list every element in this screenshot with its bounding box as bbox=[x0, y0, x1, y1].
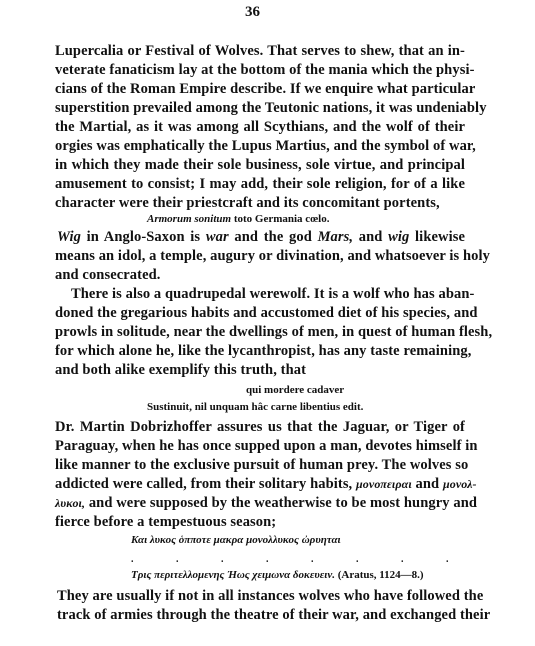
text-line: veterate fanaticism lay at the bottom of… bbox=[55, 61, 465, 80]
text-span: likewise bbox=[409, 229, 465, 245]
quote-italic: Armorum sonitum bbox=[147, 213, 231, 225]
text-line: Dr. Martin Dobrizhoffer assures us that … bbox=[55, 418, 465, 437]
text-line: track of armies through the theatre of t… bbox=[57, 606, 465, 625]
term-wig: Wig bbox=[57, 229, 81, 245]
text-line: prowls in solitude, near the dwellings o… bbox=[55, 323, 465, 342]
text-line: character were their priestcraft and its… bbox=[55, 194, 465, 213]
page-number: 36 bbox=[0, 4, 505, 21]
latin-quote-2-line-1: qui mordere cadaver bbox=[246, 383, 344, 397]
text-line: addicted were called, from their solitar… bbox=[55, 475, 465, 494]
greek-word: μονολ- bbox=[443, 477, 477, 491]
term-war: war bbox=[206, 229, 229, 245]
text-line: cians of the Roman Empire describe. If w… bbox=[55, 80, 465, 99]
text-line: and both alike exemplify this truth, tha… bbox=[55, 361, 465, 380]
text-line: amusement to consist; I may add, their s… bbox=[55, 175, 465, 194]
text-span: and the god bbox=[229, 229, 318, 245]
text-line: They are usually if not in all instances… bbox=[57, 587, 465, 606]
latin-quote-2-line-2: Sustinuit, nil unquam hâc carne libentiu… bbox=[147, 400, 363, 414]
latin-quote-1: Armorum sonitum toto Germania cœlo. bbox=[147, 212, 329, 226]
text-line: for which alone he, like the lycanthropi… bbox=[55, 342, 465, 361]
text-line: in which they made their sole business, … bbox=[55, 156, 465, 175]
text-line: Wig in Anglo-Saxon is war and the god Ma… bbox=[57, 228, 465, 247]
greek-text: Τρις περιτελλομενης Ἠως χειμωνα δοκευειν… bbox=[131, 569, 335, 581]
text-span: addicted were called, from their solitar… bbox=[55, 476, 356, 492]
text-span: and bbox=[412, 476, 443, 492]
text-line: like manner to the exclusive pursuit of … bbox=[55, 456, 465, 475]
text-line: superstition prevailed among the Teutoni… bbox=[55, 99, 465, 118]
ellipsis-dots: . . . . . . . . bbox=[131, 554, 469, 565]
text-span: and bbox=[353, 229, 388, 245]
term-wig-2: wig bbox=[388, 229, 409, 245]
text-line: Paraguay, when he has once supped upon a… bbox=[55, 437, 465, 456]
text-line: Lupercalia or Festival of Wolves. That s… bbox=[55, 42, 465, 61]
quote-rest: toto Germania cœlo. bbox=[231, 213, 329, 225]
text-line: doned the gregarious habits and accustom… bbox=[55, 304, 465, 323]
greek-quote-line-1: Και λυκος ὁπποτε μακρα μονολλυκος ὠρυητα… bbox=[131, 533, 341, 547]
text-line: fierce before a tempestuous season; bbox=[55, 513, 465, 532]
text-line: and consecrated. bbox=[55, 266, 465, 285]
text-line: λυκοι, and were supposed by the weatherw… bbox=[55, 494, 465, 513]
text-span: in Anglo-Saxon is bbox=[81, 229, 206, 245]
text-line: orgies was emphatically the Lupus Martiu… bbox=[55, 137, 465, 156]
text-line: means an idol, a temple, augury or divin… bbox=[55, 247, 465, 266]
citation: (Aratus, 1124—8.) bbox=[335, 569, 424, 581]
greek-word: μονοπειραι bbox=[356, 477, 412, 491]
term-mars: Mars, bbox=[318, 229, 354, 245]
greek-word: λυκοι, bbox=[55, 496, 85, 510]
text-line: There is also a quadrupedal werewolf. It… bbox=[71, 285, 465, 304]
text-line: the Martial, as it was among all Scythia… bbox=[55, 118, 465, 137]
greek-quote-line-3: Τρις περιτελλομενης Ἠως χειμωνα δοκευειν… bbox=[131, 568, 424, 582]
text-span: and were supposed by the weatherwise to … bbox=[85, 495, 477, 511]
